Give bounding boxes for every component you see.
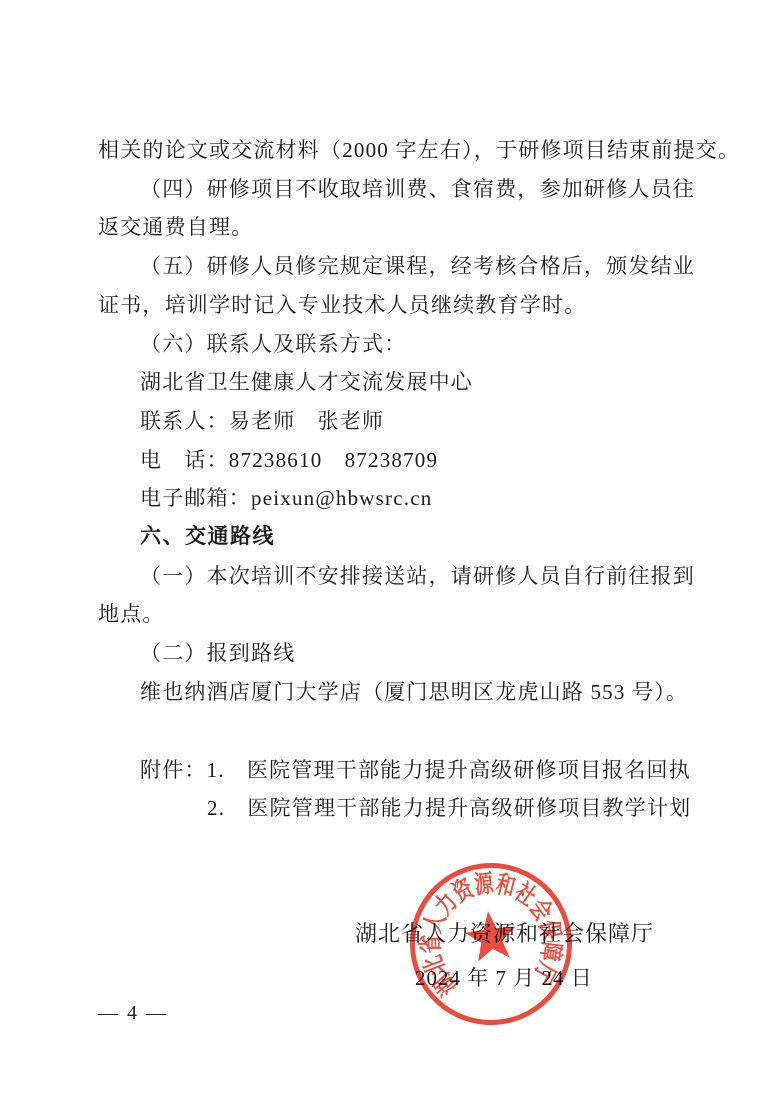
attachment-line-2: 2. 医院管理干部能力提升高级研修项目教学计划 [207,789,694,828]
paragraph-line: （二）报到路线 [140,634,694,673]
paragraph-line: 相关的论文或交流材料（2000 字左右），于研修项目结束前提交。 [98,131,694,170]
paragraph-line: （五）研修人员修完规定课程，经考核合格后，颁发结业 [140,247,694,286]
address-line: 维也纳酒店厦门大学店（厦门思明区龙虎山路 553 号）。 [140,673,694,712]
paragraph-line: （六）联系人及联系方式： [140,325,694,364]
blank-line [98,712,694,751]
paragraph-line: 证书，培训学时记入专业技术人员继续教育学时。 [98,286,694,325]
page-number: — 4 — [98,1002,168,1025]
document-body: 相关的论文或交流材料（2000 字左右），于研修项目结束前提交。 （四）研修项目… [98,131,694,828]
attachment-line-1: 附件：1. 医院管理干部能力提升高级研修项目报名回执 [140,751,694,790]
paragraph-line: 返交通费自理。 [98,208,694,247]
paragraph-line: （四）研修项目不收取培训费、食宿费，参加研修人员往 [140,170,694,209]
paragraph-line: （一）本次培训不安排接送站，请研修人员自行前往报到 [140,557,694,596]
contact-org-line: 湖北省卫生健康人才交流发展中心 [140,363,694,402]
signature-date: 2024 年 7 月 24 日 [415,962,593,992]
contact-phone-line: 电 话：87238610 87238709 [140,441,694,480]
contact-person-line: 联系人：易老师 张老师 [140,402,694,441]
section-heading: 六、交通路线 [140,518,694,557]
document-page: 相关的论文或交流材料（2000 字左右），于研修项目结束前提交。 （四）研修项目… [0,0,776,1100]
paragraph-line: 地点。 [98,595,694,634]
signature-organization: 湖北省人力资源和社会保障厅 [355,917,654,948]
contact-email-line: 电子邮箱：peixun@hbwsrc.cn [140,479,694,518]
